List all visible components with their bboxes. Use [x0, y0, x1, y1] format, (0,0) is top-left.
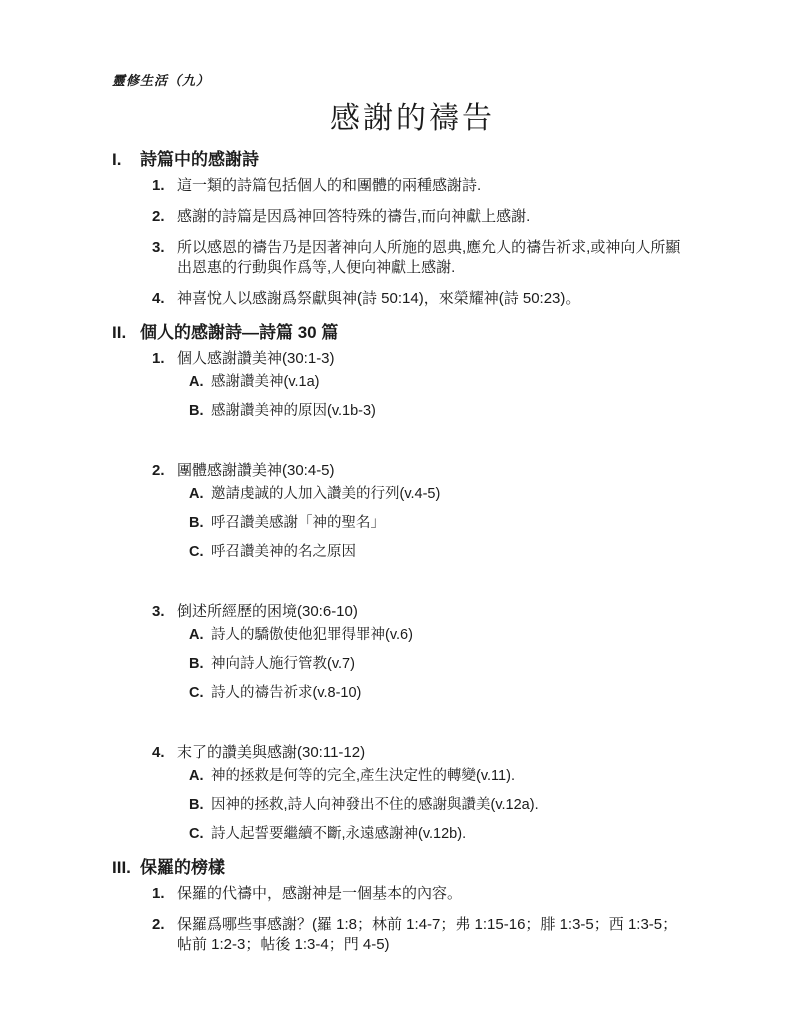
subitem-letter: B. — [189, 402, 211, 421]
subitem-letter: A. — [189, 485, 211, 504]
subitem-list: A. 感謝讚美神(v.1a) B. 感謝讚美神的原因(v.1b-3) — [152, 373, 683, 421]
subitem: A. 感謝讚美神(v.1a) — [189, 373, 683, 392]
subitem: C. 詩人的禱告祈求(v.8-10) — [189, 684, 683, 703]
outline-item: 4. 神喜悅人以感謝爲祭獻與神(詩 50:14)，來榮耀神(詩 50:23)。 — [152, 289, 683, 309]
section-pauls-example: III. 保羅的榜樣 1. 保羅的代禱中，感謝神是一個基本的內容。 2. 保羅爲… — [112, 857, 683, 955]
subitem-text: 詩人的驕傲使他犯罪得罪神(v.6) — [211, 626, 683, 645]
section-psalms-of-thanksgiving: I. 詩篇中的感謝詩 1. 這一類的詩篇包括個人的和團體的兩種感謝詩. 2. 感… — [112, 149, 683, 309]
outline-item: 2. 保羅爲哪些事感謝？(羅 1:8；林前 1:4-7；弗 1:15-16；腓 … — [152, 915, 683, 955]
subitem-letter: C. — [189, 543, 211, 562]
item-text: 保羅爲哪些事感謝？(羅 1:8；林前 1:4-7；弗 1:15-16；腓 1:3… — [177, 915, 683, 955]
item-number: 4. — [152, 289, 177, 309]
item-number: 1. — [152, 176, 177, 196]
subitem-text: 神向詩人施行管教(v.7) — [211, 655, 683, 674]
subitem-text: 感謝讚美神(v.1a) — [211, 373, 683, 392]
outline-item: 2. 感謝的詩篇是因爲神回答特殊的禱告,而向神獻上感謝. — [152, 207, 683, 227]
item-number: 3. — [152, 238, 177, 278]
subitem-letter: B. — [189, 655, 211, 674]
subitem: C. 呼召讚美神的名之原因 — [189, 543, 683, 562]
item-number: 3. — [152, 602, 177, 622]
item-text: 個人感謝讚美神(30:1-3) — [177, 349, 683, 369]
section-heading: 個人的感謝詩—詩篇 30 篇 — [140, 322, 683, 344]
subitem-text: 詩人起誓要繼續不斷,永遠感謝神(v.12b). — [211, 825, 683, 844]
outline-item: 2. 團體感謝讚美神(30:4-5) A. 邀請虔誠的人加入讚美的行列(v.4-… — [152, 461, 683, 562]
outline-item: 1. 保羅的代禱中，感謝神是一個基本的內容。 — [152, 884, 683, 904]
section-numeral: II. — [112, 322, 140, 344]
outline-item: 3. 倒述所經歷的困境(30:6-10) A. 詩人的驕傲使他犯罪得罪神(v.6… — [152, 602, 683, 703]
subitem: B. 呼召讚美感謝「神的聖名」 — [189, 514, 683, 533]
subitem-text: 邀請虔誠的人加入讚美的行列(v.4-5) — [211, 485, 683, 504]
subitem-letter: A. — [189, 767, 211, 786]
subitem-list: A. 邀請虔誠的人加入讚美的行列(v.4-5) B. 呼召讚美感謝「神的聖名」 … — [152, 485, 683, 562]
subitem-letter: C. — [189, 825, 211, 844]
section-heading: 保羅的榜樣 — [140, 857, 683, 879]
subitem: C. 詩人起誓要繼續不斷,永遠感謝神(v.12b). — [189, 825, 683, 844]
item-number: 2. — [152, 207, 177, 227]
item-number: 4. — [152, 743, 177, 763]
section-numeral: III. — [112, 857, 140, 879]
subitem-list: A. 詩人的驕傲使他犯罪得罪神(v.6) B. 神向詩人施行管教(v.7) C.… — [152, 626, 683, 703]
item-number: 1. — [152, 884, 177, 904]
item-text: 保羅的代禱中，感謝神是一個基本的內容。 — [177, 884, 683, 904]
item-text: 倒述所經歷的困境(30:6-10) — [177, 602, 683, 622]
subitem-letter: A. — [189, 373, 211, 392]
item-number: 1. — [152, 349, 177, 369]
subitem-text: 神的拯救是何等的完全,產生決定性的轉變(v.11). — [211, 767, 683, 786]
subitem: A. 神的拯救是何等的完全,產生決定性的轉變(v.11). — [189, 767, 683, 786]
document-page: 靈修生活（九） 感謝的禱告 I. 詩篇中的感謝詩 1. 這一類的詩篇包括個人的和… — [0, 0, 791, 1024]
subitem: A. 邀請虔誠的人加入讚美的行列(v.4-5) — [189, 485, 683, 504]
subitem-text: 呼召讚美感謝「神的聖名」 — [211, 514, 683, 533]
section-personal-thanksgiving-psalm: II. 個人的感謝詩—詩篇 30 篇 1. 個人感謝讚美神(30:1-3) A.… — [112, 322, 683, 844]
subitem-text: 感謝讚美神的原因(v.1b-3) — [211, 402, 683, 421]
outline-item: 4. 末了的讚美與感謝(30:11-12) A. 神的拯救是何等的完全,產生決定… — [152, 743, 683, 844]
subitem-letter: B. — [189, 514, 211, 533]
item-text: 末了的讚美與感謝(30:11-12) — [177, 743, 683, 763]
subitem-letter: C. — [189, 684, 211, 703]
section-heading-row: III. 保羅的榜樣 — [112, 857, 683, 879]
section-numeral: I. — [112, 149, 140, 171]
item-text: 這一類的詩篇包括個人的和團體的兩種感謝詩. — [177, 176, 683, 196]
item-number: 2. — [152, 915, 177, 955]
subitem-letter: A. — [189, 626, 211, 645]
subitem-text: 呼召讚美神的名之原因 — [211, 543, 683, 562]
outline-item: 3. 所以感恩的禱告乃是因著神向人所施的恩典,應允人的禱告祈求,或神向人所顯出恩… — [152, 238, 683, 278]
outline-item: 1. 這一類的詩篇包括個人的和團體的兩種感謝詩. — [152, 176, 683, 196]
subitem-text: 詩人的禱告祈求(v.8-10) — [211, 684, 683, 703]
item-text: 感謝的詩篇是因爲神回答特殊的禱告,而向神獻上感謝. — [177, 207, 683, 227]
item-text: 團體感謝讚美神(30:4-5) — [177, 461, 683, 481]
course-label: 靈修生活（九） — [112, 70, 683, 89]
section-heading-row: I. 詩篇中的感謝詩 — [112, 149, 683, 171]
subitem: A. 詩人的驕傲使他犯罪得罪神(v.6) — [189, 626, 683, 645]
subitem: B. 神向詩人施行管教(v.7) — [189, 655, 683, 674]
subitem-list: A. 神的拯救是何等的完全,產生決定性的轉變(v.11). B. 因神的拯救,詩… — [152, 767, 683, 844]
subitem: B. 感謝讚美神的原因(v.1b-3) — [189, 402, 683, 421]
item-number: 2. — [152, 461, 177, 481]
outline-item: 1. 個人感謝讚美神(30:1-3) A. 感謝讚美神(v.1a) B. 感謝讚… — [152, 349, 683, 421]
subitem-text: 因神的拯救,詩人向神發出不住的感謝與讚美(v.12a). — [211, 796, 683, 815]
page-title: 感謝的禱告 — [142, 93, 683, 137]
subitem: B. 因神的拯救,詩人向神發出不住的感謝與讚美(v.12a). — [189, 796, 683, 815]
item-text: 神喜悅人以感謝爲祭獻與神(詩 50:14)，來榮耀神(詩 50:23)。 — [177, 289, 683, 309]
item-text: 所以感恩的禱告乃是因著神向人所施的恩典,應允人的禱告祈求,或神向人所顯出恩惠的行… — [177, 238, 683, 278]
section-heading-row: II. 個人的感謝詩—詩篇 30 篇 — [112, 322, 683, 344]
section-heading: 詩篇中的感謝詩 — [140, 149, 683, 171]
subitem-letter: B. — [189, 796, 211, 815]
